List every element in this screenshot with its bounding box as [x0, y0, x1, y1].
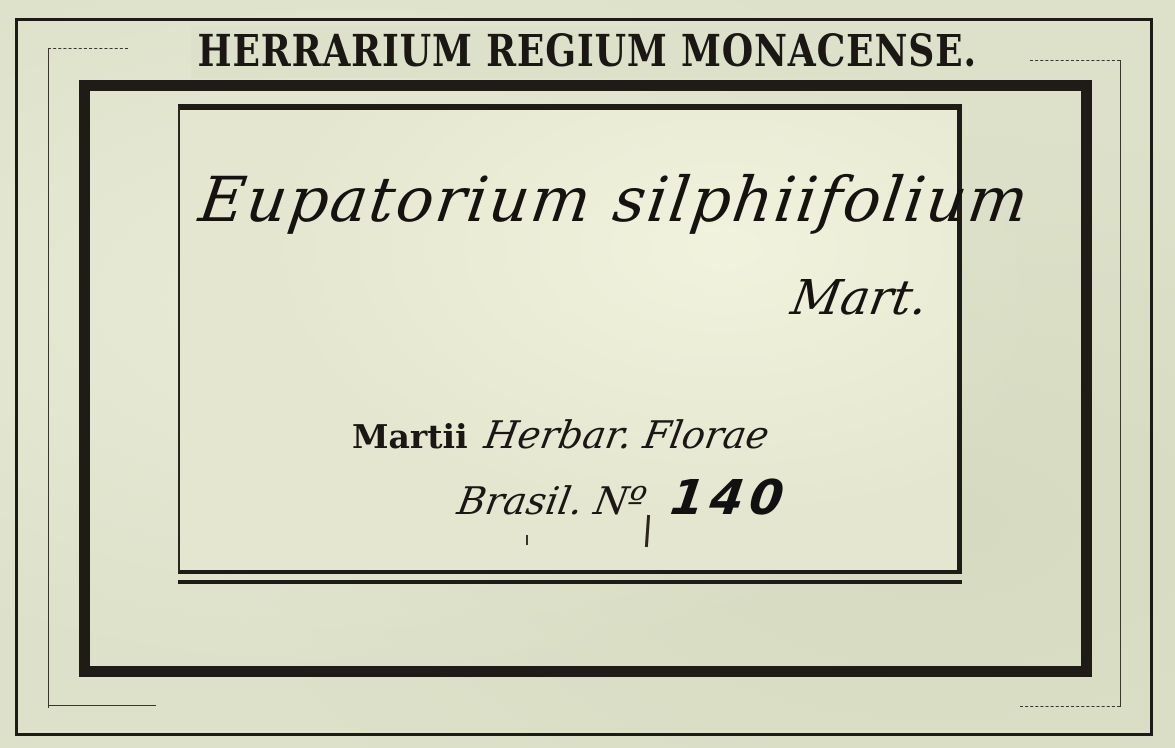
ink-speck	[526, 535, 528, 545]
institution-title: HERRARIUM REGIUM MONACENSE.	[191, 26, 983, 78]
herbarium-script: Herbar. Florae	[480, 410, 772, 460]
hairline-rule-bottom-right	[1020, 706, 1120, 707]
collector-printed: Martii	[352, 417, 468, 456]
card-double-bottom-line	[178, 580, 962, 584]
flora-number-prefix: Brasil. Nº	[453, 473, 651, 529]
hairline-rule-right	[1120, 60, 1121, 707]
collection-line-2: Brasil. Nº 140	[458, 470, 789, 537]
species-name: Eupatorium silphiifolium	[195, 165, 1034, 235]
label-header: HERRARIUM REGIUM MONACENSE.	[0, 26, 1175, 78]
collection-line-1: Martii Herbar. Florae	[352, 410, 768, 468]
herbarium-label-sheet: HERRARIUM REGIUM MONACENSE. Eupatorium s…	[0, 0, 1175, 748]
specimen-card: Eupatorium silphiifolium Mart. Martii He…	[178, 104, 962, 574]
author-abbreviation: Mart.	[787, 270, 932, 326]
hairline-rule-bottom-left	[48, 705, 156, 706]
specimen-number: 140	[667, 470, 793, 526]
